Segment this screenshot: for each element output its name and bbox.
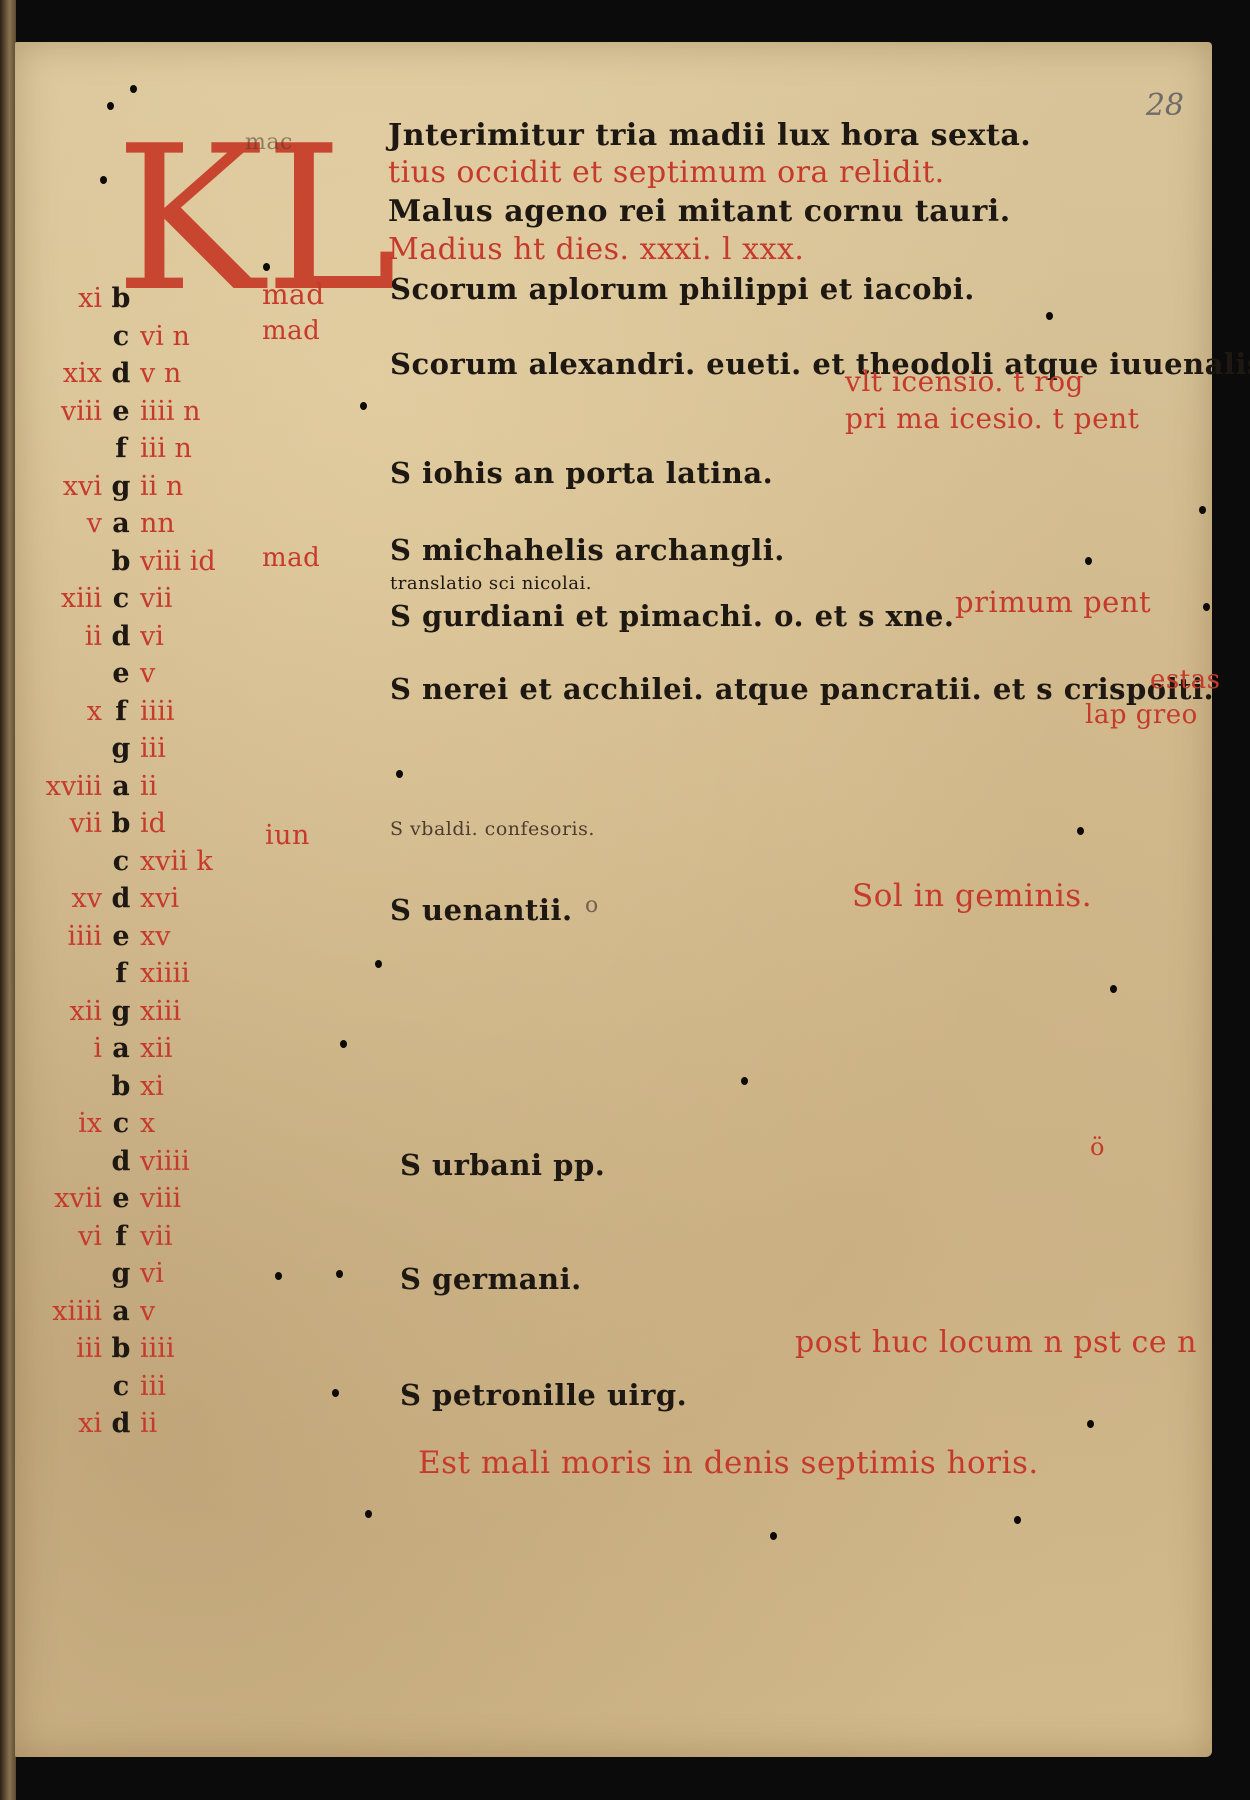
golden-number <box>30 843 102 881</box>
dominical-letter: c <box>108 318 134 356</box>
rubric-ultima-ascensio: vlt icensio. t rog <box>845 365 1084 398</box>
dominical-letter: a <box>108 505 134 543</box>
golden-number-column: xi xix viii xvi v xiii ii x xviii vii xv… <box>30 280 102 1443</box>
golden-number: xvi <box>30 468 102 506</box>
prick-mark <box>332 1389 339 1397</box>
feast-germanus: S germani. <box>400 1262 582 1296</box>
rubric-post-hunc-locum: post huc locum n pst ce n <box>795 1325 1197 1360</box>
dominical-letter: f <box>108 430 134 468</box>
prick-mark <box>396 770 403 778</box>
dominical-letter: f <box>108 1218 134 1256</box>
golden-number: xiii <box>30 580 102 618</box>
roman-date: v <box>140 655 240 693</box>
golden-number: viii <box>30 393 102 431</box>
golden-number <box>30 543 102 581</box>
prick-mark <box>1110 985 1117 993</box>
golden-number <box>30 1068 102 1106</box>
prick-mark <box>263 263 270 271</box>
prick-mark <box>1077 827 1084 835</box>
rubric-sol-in-geminis: Sol in geminis. <box>852 878 1092 914</box>
roman-date: vii <box>140 580 240 618</box>
dominical-letter: d <box>108 1143 134 1181</box>
golden-number: x <box>30 693 102 731</box>
dominical-letter: g <box>108 730 134 768</box>
roman-date: xii <box>140 1030 240 1068</box>
dominical-letter: d <box>108 880 134 918</box>
verse-line-1: Jnterimitur tria madii lux hora sexta. <box>388 118 1031 153</box>
roman-date: iii <box>140 1368 240 1406</box>
roman-date: x <box>140 1105 240 1143</box>
feast-venantius: S uenantii. <box>390 893 573 927</box>
feast-petronilla: S petronille uirg. <box>400 1378 687 1412</box>
feast-urban: S urbani pp. <box>400 1148 605 1182</box>
dominical-letter: g <box>108 1255 134 1293</box>
roman-date: xvi <box>140 880 240 918</box>
prick-mark <box>770 1532 777 1540</box>
prick-mark <box>360 402 367 410</box>
dominical-letter: c <box>108 1105 134 1143</box>
golden-number: iii <box>30 1330 102 1368</box>
rubric-primum-pent: primum pent <box>955 585 1151 619</box>
prick-mark <box>365 1510 372 1518</box>
roman-date: id <box>140 805 240 843</box>
prick-mark <box>107 102 114 110</box>
rubric-closing-verse: Est mali moris in denis septimis horis. <box>418 1445 1039 1481</box>
prick-mark <box>130 85 137 93</box>
roman-date-column: KL vi n v n iiii n iii n ii n nn viii id… <box>140 280 240 1443</box>
roman-date: iii n <box>140 430 240 468</box>
roman-date: vii <box>140 1218 240 1256</box>
dominical-letter: g <box>108 468 134 506</box>
rubric-prima-ascensio: pri ma icesio. t pent <box>845 402 1139 435</box>
roman-date: xiiii <box>140 955 240 993</box>
dominical-letter: e <box>108 918 134 956</box>
golden-number: ii <box>30 618 102 656</box>
dominical-letter: d <box>108 355 134 393</box>
prick-mark <box>1087 1420 1094 1428</box>
golden-number: vii <box>30 805 102 843</box>
dominical-letter: d <box>108 1405 134 1443</box>
rubric-lapis: lap greo <box>1085 700 1198 730</box>
golden-number: ix <box>30 1105 102 1143</box>
dominical-letter: e <box>108 1180 134 1218</box>
prick-mark <box>1046 312 1053 320</box>
dominical-letter: a <box>108 1293 134 1331</box>
prick-mark <box>1085 557 1092 565</box>
roman-date: nn <box>140 505 240 543</box>
roman-date: ii n <box>140 468 240 506</box>
roman-date: iiii <box>140 693 240 731</box>
feast-translation-nicholas: translatio sci nicolai. <box>390 573 592 594</box>
dominical-letter: d <box>108 618 134 656</box>
roman-date: viii id <box>140 543 240 581</box>
prick-mark <box>1014 1516 1021 1524</box>
month-abbrev-iun: iun <box>265 820 310 851</box>
golden-number <box>30 430 102 468</box>
golden-number: xvii <box>30 1180 102 1218</box>
feast-venantius-mark: o <box>585 893 599 918</box>
month-abbrev-mad-ides: mad <box>262 543 320 573</box>
dominical-letter: c <box>108 580 134 618</box>
rubric-marginal-mark: ö <box>1090 1133 1105 1161</box>
month-abbrev-mad: mad <box>262 316 320 346</box>
roman-date: iii <box>140 730 240 768</box>
dominical-letter: g <box>108 993 134 1031</box>
golden-number: xii <box>30 993 102 1031</box>
dominical-letter: a <box>108 768 134 806</box>
golden-number <box>30 730 102 768</box>
golden-number: v <box>30 505 102 543</box>
golden-number <box>30 955 102 993</box>
verse-line-2: tius occidit et septimum ora relidit. <box>388 155 945 190</box>
verse-line-3: Malus ageno rei mitant cornu tauri. <box>388 194 1011 229</box>
prick-mark <box>275 1272 282 1280</box>
dominical-letter: b <box>108 1068 134 1106</box>
dominical-letter: f <box>108 693 134 731</box>
prick-mark <box>340 1040 347 1048</box>
roman-date: xi <box>140 1068 240 1106</box>
golden-number: i <box>30 1030 102 1068</box>
golden-number <box>30 1368 102 1406</box>
feast-philip-james: Scorum aplorum philippi et iacobi. <box>390 272 975 306</box>
verse-line-4: Madius ht dies. xxxi. l xxx. <box>388 232 804 267</box>
folio-number: 28 <box>1146 88 1184 123</box>
golden-number <box>30 1143 102 1181</box>
roman-date: ii <box>140 768 240 806</box>
roman-date: v <box>140 1293 240 1331</box>
feast-alexander: Scorum alexandri. eueti. et theodoli atq… <box>390 347 1250 381</box>
dominical-letter: b <box>108 805 134 843</box>
dominical-letter: e <box>108 393 134 431</box>
dominical-letter: f <box>108 955 134 993</box>
dominical-letter: c <box>108 1368 134 1406</box>
roman-date: xv <box>140 918 240 956</box>
dominical-letter: e <box>108 655 134 693</box>
dominical-letter: a <box>108 1030 134 1068</box>
roman-date: ii <box>140 1405 240 1443</box>
faded-header-text: mac <box>245 130 293 155</box>
roman-date: xvii k <box>140 843 240 881</box>
dominical-letter-column: b c d e f g a b c d e f g a b c d e f g … <box>108 280 134 1443</box>
roman-date: iiii n <box>140 393 240 431</box>
golden-number: xv <box>30 880 102 918</box>
roman-date: vi n <box>140 318 240 356</box>
golden-number: xviii <box>30 768 102 806</box>
feast-michael: S michahelis archangli. <box>390 533 785 567</box>
book-binding <box>0 0 16 1800</box>
roman-date: vi <box>140 618 240 656</box>
golden-number <box>30 1255 102 1293</box>
feast-john-latin-gate: S iohis an porta latina. <box>390 456 773 490</box>
dominical-letter: c <box>108 843 134 881</box>
golden-number: xi <box>30 280 102 318</box>
golden-number <box>30 318 102 356</box>
prick-mark <box>1199 506 1206 514</box>
roman-date: xiii <box>140 993 240 1031</box>
dominical-letter: b <box>108 1330 134 1368</box>
golden-number: xix <box>30 355 102 393</box>
feast-gordian: S gurdiani et pimachi. o. et s xne. <box>390 599 954 633</box>
prick-mark <box>1203 603 1210 611</box>
prick-mark <box>336 1270 343 1278</box>
dominical-letter: b <box>108 543 134 581</box>
rubric-estas: estas <box>1150 665 1221 695</box>
dominical-letter: b <box>108 280 134 318</box>
roman-date: iiii <box>140 1330 240 1368</box>
month-name-mad: mad <box>262 278 325 311</box>
roman-date: viii <box>140 1180 240 1218</box>
roman-date: viiii <box>140 1143 240 1181</box>
roman-date: v n <box>140 355 240 393</box>
prick-mark <box>100 176 107 184</box>
prick-mark <box>741 1077 748 1085</box>
golden-number: xi <box>30 1405 102 1443</box>
golden-number: vi <box>30 1218 102 1256</box>
feast-ubald: S vbaldi. confesoris. <box>390 818 595 840</box>
golden-number <box>30 655 102 693</box>
golden-number: iiii <box>30 918 102 956</box>
golden-number: xiiii <box>30 1293 102 1331</box>
prick-mark <box>375 960 382 968</box>
roman-date: vi <box>140 1255 240 1293</box>
